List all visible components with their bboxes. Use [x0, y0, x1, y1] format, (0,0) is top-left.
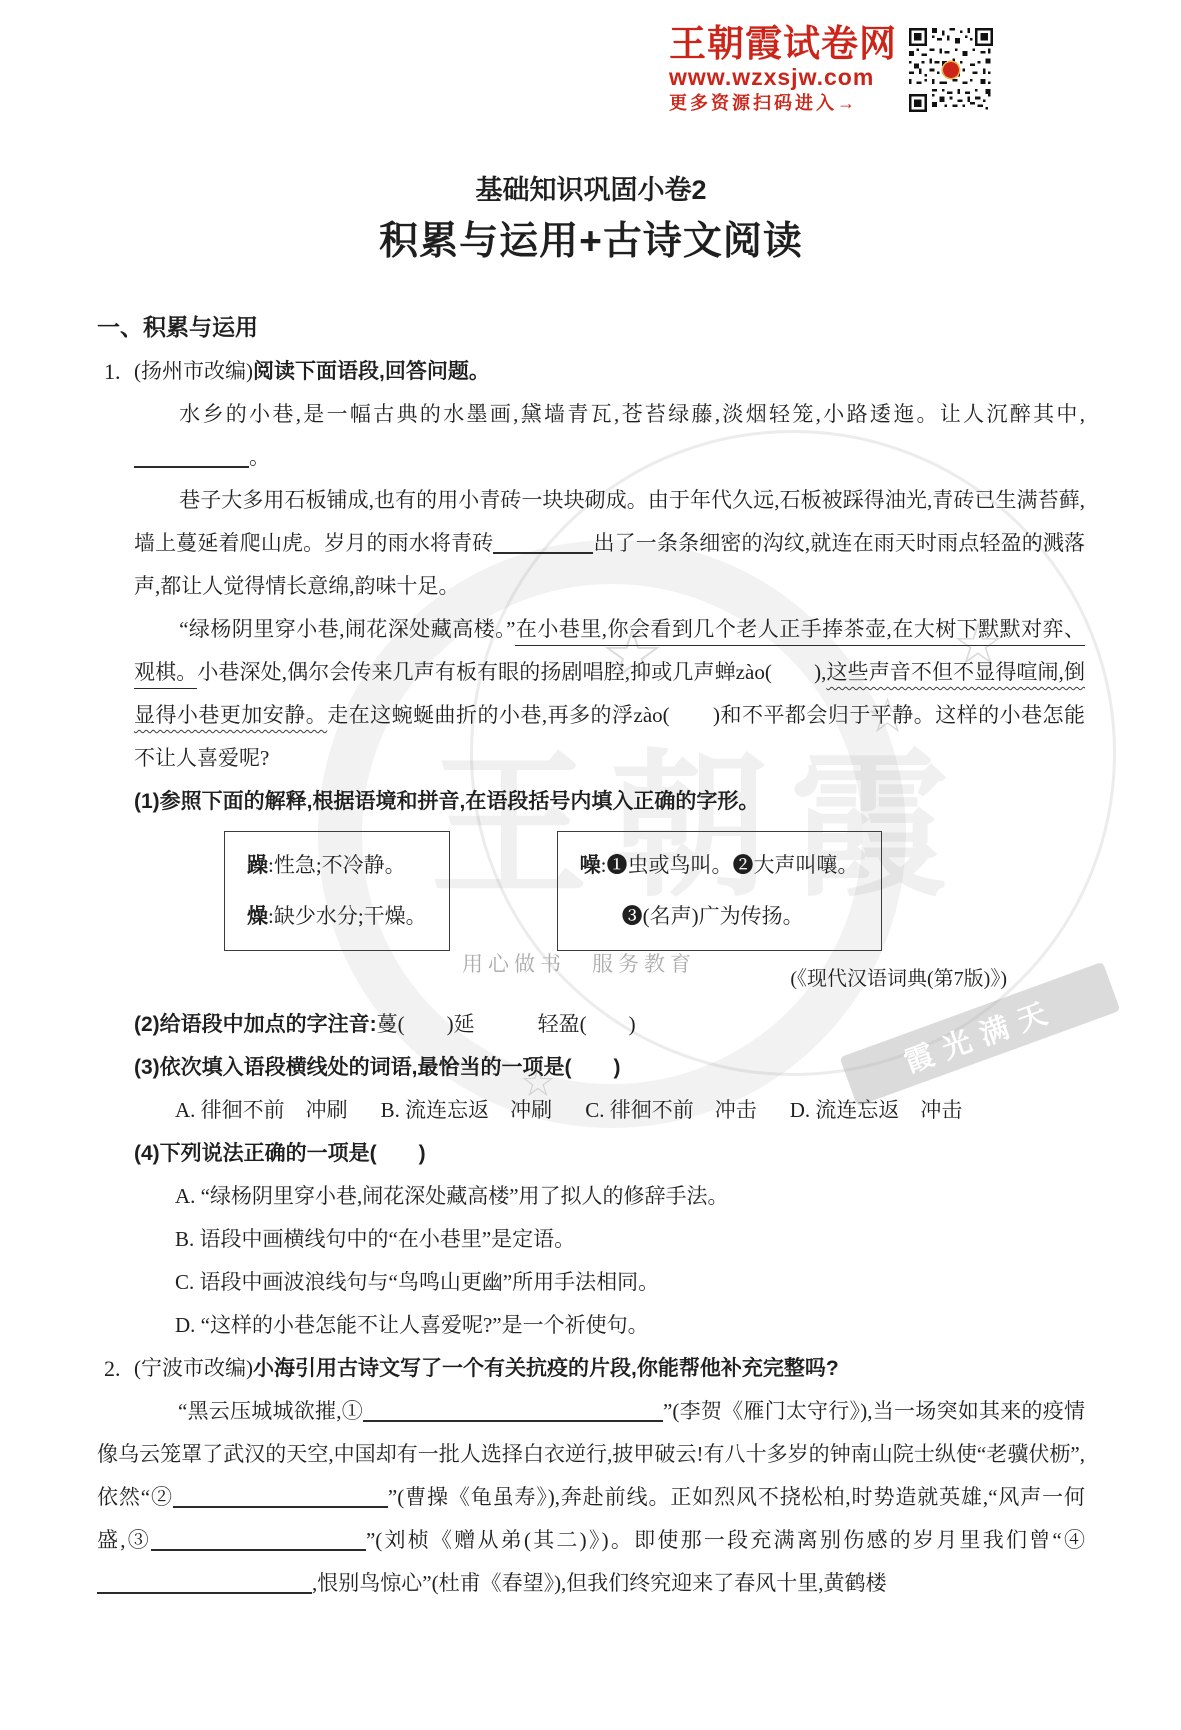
section-heading: 一、积累与运用: [97, 310, 1085, 344]
definition-box-zao3: 噪:❶虫或鸟叫。❷大声叫嚷。 ❸(名声)广为传扬。: [557, 831, 882, 951]
passage-paragraph-2: 巷子大多用石板铺成,也有的用小青砖一块块砌成。由于年代久远,石板被踩得油光,青砖…: [134, 479, 1085, 608]
question-1-number: 1.: [104, 350, 121, 393]
question-2-passage: “黑云压城城欲摧,①”(李贺《雁门太守行》),当一场突如其来的疫情像乌云笼罩了武…: [97, 1390, 1085, 1605]
option-d: D. 流连忘返 冲击: [790, 1089, 963, 1132]
definition-line: ❸(名声)广为传扬。: [622, 891, 859, 941]
sub-question-2: (2)给语段中加点的字注音:蔓( )延 轻盈( ): [134, 1003, 1085, 1046]
question-2-lead: (宁波市改编)小海引用古诗文写了一个有关抗疫的片段,你能帮他补充完整吗?: [134, 1347, 1085, 1390]
sub-question-3: (3)依次填入语段横线处的词语,最恰当的一项是( ): [134, 1046, 1085, 1089]
option-d: D. “这样的小巷怎能不让人喜爱呢?”是一个祈使句。: [175, 1304, 1085, 1347]
brand-header: 王朝霞试卷网 www.wzxsjw.com 更多资源扫码进入→: [669, 24, 993, 115]
definition-line: 燥:缺少水分;干燥。: [247, 891, 427, 942]
paper-content: 基础知识巩固小卷2 积累与运用+古诗文阅读 一、积累与运用 1. (扬州市改编)…: [97, 0, 1085, 1605]
question-1: 1. (扬州市改编)阅读下面语段,回答问题。 水乡的小巷,是一幅古典的水墨画,黛…: [134, 350, 1085, 1347]
brand-url: www.wzxsjw.com: [669, 64, 897, 91]
definition-boxes: 躁:性急;不冷静。 燥:缺少水分;干燥。 噪:❶虫或鸟叫。❷大声叫嚷。 ❸(名声…: [224, 831, 1085, 951]
brand-text-block: 王朝霞试卷网 www.wzxsjw.com 更多资源扫码进入→: [669, 24, 897, 115]
option-c: C. 语段中画波浪线句与“鸟鸣山更幽”所用手法相同。: [175, 1261, 1085, 1304]
brand-tagline: 更多资源扫码进入→: [669, 91, 897, 115]
question-2-number: 2.: [104, 1347, 121, 1390]
dictionary-citation: (《现代汉语词典(第7版)》): [134, 961, 1085, 997]
sub-question-3-options: A. 徘徊不前 冲刷 B. 流连忘返 冲刷 C. 徘徊不前 冲击 D. 流连忘返…: [175, 1089, 1085, 1132]
option-c: C. 徘徊不前 冲击: [585, 1089, 757, 1132]
sub-question-4: (4)下列说法正确的一项是( ): [134, 1132, 1085, 1175]
sub-question-1: (1)参照下面的解释,根据语境和拼音,在语段括号内填入正确的字形。: [134, 780, 1085, 823]
question-1-lead: (扬州市改编)阅读下面语段,回答问题。: [134, 350, 1085, 393]
option-a: A. “绿杨阴里穿小巷,闹花深处藏高楼”用了拟人的修辞手法。: [175, 1175, 1085, 1218]
passage-paragraph-1: 水乡的小巷,是一幅古典的水墨画,黛墙青瓦,苍苔绿藤,淡烟轻笼,小路逶迤。让人沉醉…: [134, 393, 1085, 479]
brand-logo-text: 王朝霞试卷网: [669, 24, 897, 64]
option-b: B. 流连忘返 冲刷: [381, 1089, 553, 1132]
question-2: 2. (宁波市改编)小海引用古诗文写了一个有关抗疫的片段,你能帮他补充完整吗?: [134, 1347, 1085, 1390]
definition-line: 噪:❶虫或鸟叫。❷大声叫嚷。: [580, 840, 859, 891]
qr-code-icon: [909, 28, 993, 112]
paper-subtitle: 基础知识巩固小卷2: [97, 172, 1085, 208]
option-a: A. 徘徊不前 冲刷: [175, 1089, 348, 1132]
passage-paragraph-3: “绿杨阴里穿小巷,闹花深处藏高楼。”在小巷里,你会看到几个老人正手捧茶壶,在大树…: [134, 608, 1085, 780]
definition-line: 躁:性急;不冷静。: [247, 840, 427, 891]
option-b: B. 语段中画横线句中的“在小巷里”是定语。: [175, 1218, 1085, 1261]
exam-page: ☆ ☆ ☆ ☆ 王朝霞 用心做书 服务教育 霞光满天 王朝霞试卷网 www.wz…: [0, 0, 1181, 1730]
definition-box-zao-zao2: 躁:性急;不冷静。 燥:缺少水分;干燥。: [224, 831, 450, 951]
paper-title: 积累与运用+古诗文阅读: [97, 214, 1085, 270]
